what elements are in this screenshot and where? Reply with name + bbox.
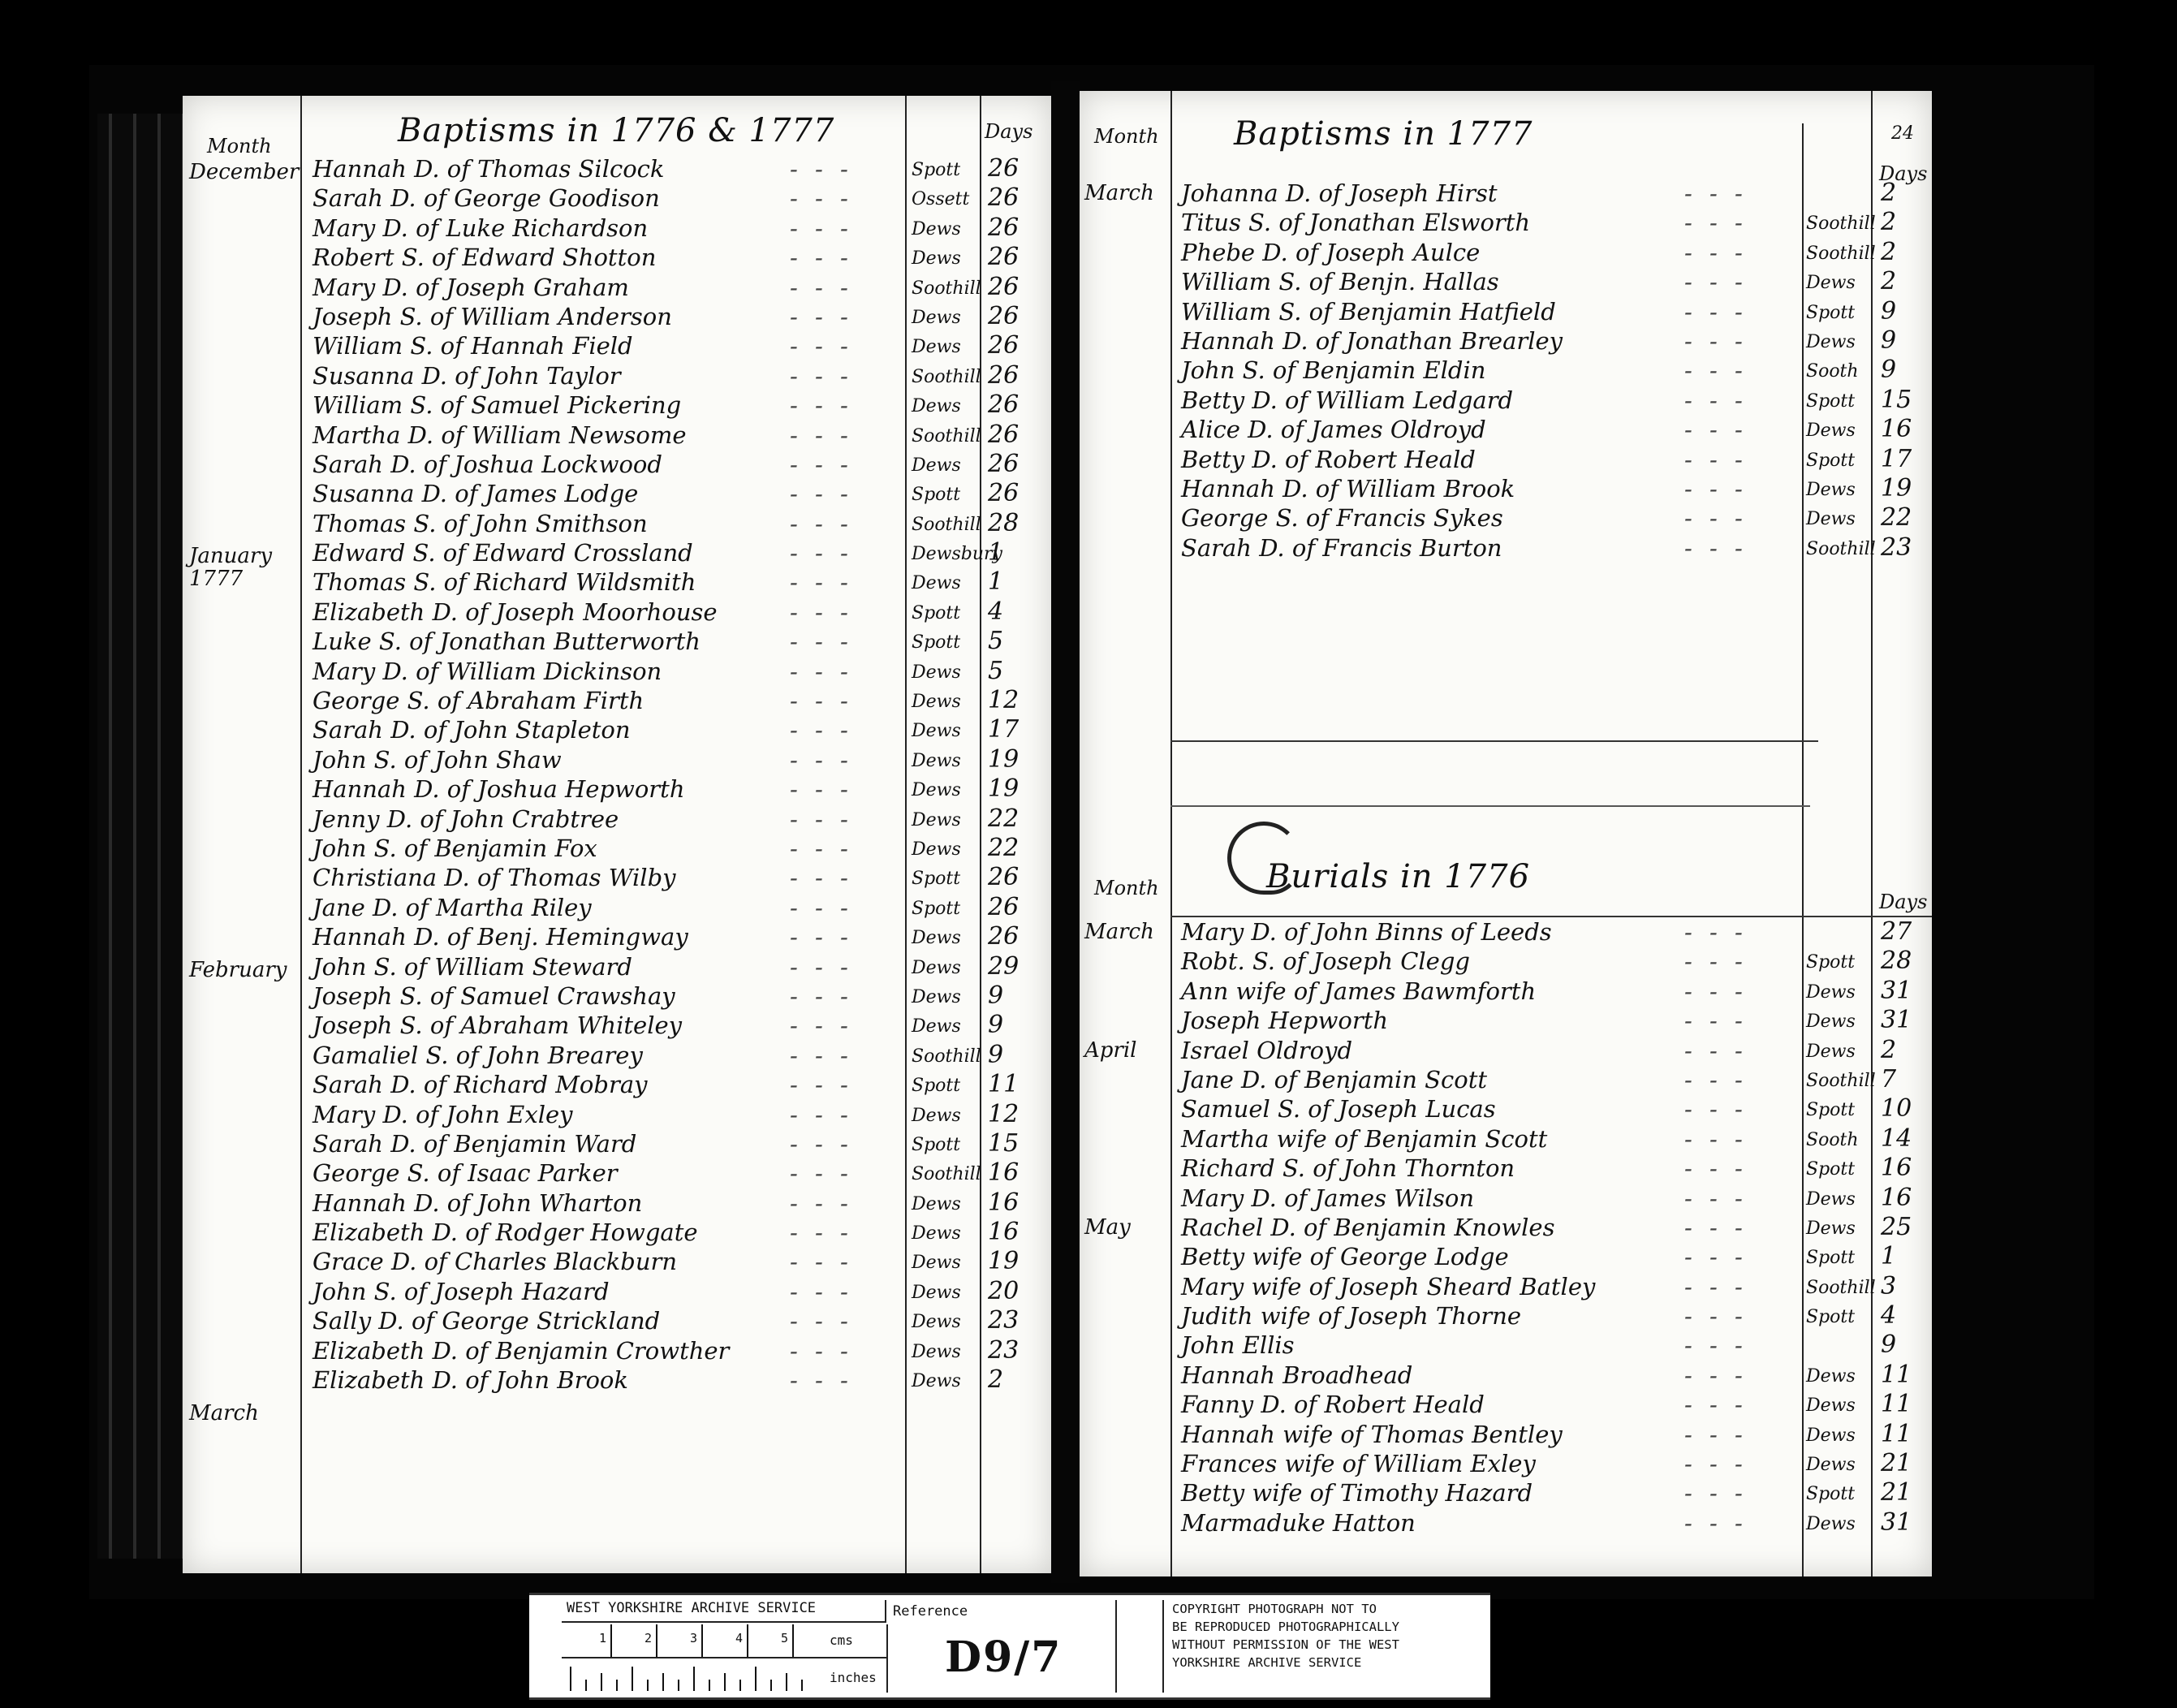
burials-title: Burials in 1776 [1266,858,1530,895]
copyright-notice: COPYRIGHT PHOTOGRAPH NOT TOBE REPRODUCED… [1162,1600,1487,1693]
ruler-cm-tick [747,1624,748,1657]
entry-day: 22 [988,804,1019,834]
entry-day: 19 [988,745,1019,774]
entry-day: 9 [1881,356,1896,385]
register-entry-row: Jane D. of Benjamin Scott- - -Soothill7 [1181,1065,1912,1094]
entry-name: Grace D. of Charles Blackburn [313,1247,677,1276]
register-entry-row: Sarah D. of Joshua Lockwood- - -Dews26 [313,450,1043,479]
ruler-inch-tick [755,1667,757,1691]
register-entry-row: Sarah D. of Richard Mobray- - -Spott11 [313,1070,1043,1099]
register-entry-row: Hannah D. of Joshua Hepworth- - -Dews19 [313,774,1043,804]
entry-leader-dashes: - - - [790,1070,853,1099]
entry-name: Alice D. of James Oldroyd [1181,415,1486,444]
register-entry-row: Betty wife of Timothy Hazard- - -Spott21 [1181,1478,1912,1507]
entry-day: 23 [988,1336,1019,1365]
entry-leader-dashes: - - - [790,243,853,272]
entry-leader-dashes: - - - [1684,474,1748,503]
entry-day: 11 [1881,1361,1912,1390]
entry-place: Dews [1806,978,1856,1007]
entry-leader-dashes: - - - [790,1306,853,1335]
register-entry-row: Susanna D. of James Lodge- - -Spott26 [313,479,1043,508]
entry-leader-dashes: - - - [790,1336,853,1365]
scale-ruler: cms 12345 inches [562,1624,888,1693]
month-label: January 1777 [189,545,287,590]
entry-day: 21 [1881,1478,1912,1507]
entry-day: 16 [1881,1154,1912,1183]
entry-name: Sarah D. of George Goodison [313,183,660,213]
entry-day: 26 [988,390,1019,420]
ruler-cm-unit: cms [830,1633,853,1648]
entry-place: Dews [1806,505,1856,534]
entry-name: Sarah D. of John Stapleton [313,715,631,744]
register-entry-row: Fanny D. of Robert Heald- - -Dews11 [1181,1390,1912,1419]
entry-leader-dashes: - - - [790,1100,853,1129]
entry-place: Dews [912,983,961,1012]
entry-day: 11 [1881,1390,1912,1419]
entry-leader-dashes: - - - [790,390,853,420]
entry-day: 10 [1881,1094,1912,1124]
entry-name: George S. of Isaac Parker [313,1158,618,1188]
copyright-line: YORKSHIRE ARCHIVE SERVICE [1172,1654,1487,1671]
ruler-cm-number: 3 [690,1631,697,1645]
entry-name: Fanny D. of Robert Heald [1181,1390,1485,1419]
entry-name: Sarah D. of Francis Burton [1181,533,1502,563]
entry-leader-dashes: - - - [1684,1006,1748,1035]
entry-name: George S. of Abraham Firth [313,686,644,715]
entry-place: Dews [912,924,961,953]
entry-place: Dews [912,1249,961,1278]
entry-day: 2 [1881,238,1896,267]
entry-place: Soothill [1806,1274,1876,1303]
entry-name: John S. of John Shaw [313,745,562,774]
days-column-header: Days [985,120,1032,143]
entry-day: 28 [988,509,1019,538]
month-label: December [189,161,287,183]
month-label: February [189,959,287,981]
entry-name: Hannah Broadhead [1181,1361,1412,1390]
entry-name: Gamaliel S. of John Brearey [313,1041,643,1070]
entry-name: Martha D. of William Newsome [313,421,687,450]
register-entry-row: Gamaliel S. of John Brearey- - -Soothill… [313,1041,1043,1070]
entry-name: Israel Oldroyd [1181,1036,1352,1065]
entry-day: 1 [1881,1242,1896,1271]
entry-name: Samuel S. of Joseph Lucas [1181,1094,1496,1124]
ruler-cm-number: 1 [599,1631,606,1645]
entry-place: Spott [1806,387,1855,416]
entry-name: John S. of William Steward [313,952,632,981]
entry-day: 2 [1881,179,1896,208]
entry-place: Dews [912,688,961,717]
entry-leader-dashes: - - - [790,361,853,390]
entry-leader-dashes: - - - [790,1218,853,1247]
ruler-inch-tick [647,1680,649,1691]
ruler-inch-tick [786,1673,787,1691]
entry-day: 21 [1881,1449,1912,1478]
entry-place: Soothill [1806,535,1876,564]
entry-leader-dashes: - - - [790,1011,853,1040]
entry-place: Dews [1806,1362,1856,1391]
entry-leader-dashes: - - - [790,183,853,213]
entry-day: 27 [1881,917,1912,947]
ruler-cm-number: 4 [735,1631,743,1645]
entry-place: Spott [1806,1244,1855,1273]
entry-day: 26 [988,213,1019,243]
archive-label-card: WEST YORKSHIRE ARCHIVE SERVICE cms 12345… [529,1593,1490,1700]
entry-name: Marmaduke Hatton [1181,1508,1416,1538]
baptisms-title: Baptisms in 1777 [1234,115,1533,153]
entry-place: Dews [912,954,961,983]
ruler-inch-unit: inches [830,1670,877,1685]
entry-place: Dews [912,1367,961,1396]
entry-leader-dashes: - - - [1684,1184,1748,1213]
entry-leader-dashes: - - - [1684,1154,1748,1183]
register-entry-row: Luke S. of Jonathan Butterworth- - -Spot… [313,627,1043,656]
ruler-inch-row: inches [562,1658,886,1691]
register-page-left: Month Baptisms in 1776 & 1777 Days Decem… [183,96,1051,1573]
register-entry-row: Martha wife of Benjamin Scott- - -Sooth1… [1181,1124,1912,1154]
entry-day: 9 [988,1011,1003,1040]
page-number: 24 [1891,123,1914,144]
entry-place: Dews [1806,1510,1856,1539]
entry-day: 2 [1881,1036,1896,1065]
entry-day: 16 [988,1188,1019,1218]
entry-place: Dews [912,717,961,746]
entry-place: Spott [912,156,960,185]
entry-day: 26 [988,421,1019,450]
entry-name: Joseph Hepworth [1181,1006,1388,1035]
entry-place: Soothill [1806,1067,1876,1096]
entry-leader-dashes: - - - [790,715,853,744]
register-entry-row: Hannah D. of John Wharton- - -Dews16 [313,1188,1043,1218]
entry-leader-dashes: - - - [790,834,853,863]
entry-leader-dashes: - - - [790,863,853,892]
entry-leader-dashes: - - - [790,509,853,538]
register-entry-row: Mary D. of William Dickinson- - -Dews5 [313,657,1043,686]
month-label: March [189,1402,287,1425]
entry-place: Spott [912,895,960,924]
entry-leader-dashes: - - - [1684,1242,1748,1271]
register-entry-row: John S. of Benjamin Fox- - -Dews22 [313,834,1043,863]
entry-place: Spott [912,628,960,658]
entry-name: Hannah wife of Thomas Bentley [1181,1420,1563,1449]
entry-day: 14 [1881,1124,1912,1154]
register-entry-row: Mary wife of Joseph Sheard Batley- - -So… [1181,1272,1912,1301]
entry-day: 5 [988,627,1003,656]
entry-place: Dews [1806,1391,1856,1421]
entry-name: John S. of Benjamin Eldin [1181,356,1485,385]
register-entry-row: Christiana D. of Thomas Wilby- - -Spott2… [313,863,1043,892]
ruler-cm-tick [701,1624,703,1657]
entry-name: Ann wife of James Bawmforth [1181,977,1536,1006]
register-entry-row: William S. of Hannah Field- - -Dews26 [313,331,1043,360]
register-entry-row: George S. of Isaac Parker- - -Soothill16 [313,1158,1043,1188]
register-entry-row: John S. of Joseph Hazard- - -Dews20 [313,1277,1043,1306]
entry-day: 28 [1881,947,1912,976]
entry-leader-dashes: - - - [1684,1124,1748,1154]
month-label: May [1084,1216,1182,1239]
register-entry-row: Betty D. of William Ledgard- - -Spott15 [1181,386,1912,415]
register-entry-row: Sarah D. of George Goodison- - -Ossett26 [313,183,1043,213]
entry-day: 19 [988,1247,1019,1276]
entry-day: 26 [988,331,1019,360]
entry-name: Hannah D. of Thomas Silcock [313,154,665,183]
entry-place: Soothill [912,363,981,392]
entry-leader-dashes: - - - [790,657,853,686]
register-entry-row: Betty wife of George Lodge- - -Spott1 [1181,1242,1912,1271]
entry-name: Betty D. of Robert Heald [1181,445,1476,474]
entry-name: Thomas S. of John Smithson [313,509,648,538]
entry-name: Mary D. of John Binns of Leeds [1181,917,1552,947]
entry-leader-dashes: - - - [790,302,853,331]
register-entry-row: Mary D. of James Wilson- - -Dews16 [1181,1184,1912,1213]
entry-name: Elizabeth D. of John Brook [313,1365,628,1395]
entry-day: 26 [988,273,1019,302]
entry-name: Sarah D. of Richard Mobray [313,1070,648,1099]
entry-day: 26 [988,243,1019,272]
register-entry-row: Elizabeth D. of Joseph Moorhouse- - -Spo… [313,597,1043,627]
entry-place: Dews [1806,1037,1856,1067]
entry-name: William S. of Benjn. Hallas [1181,267,1499,296]
entry-name: Christiana D. of Thomas Wilby [313,863,676,892]
entry-place: Dews [1806,328,1856,357]
register-entry-row: Betty D. of Robert Heald- - -Spott17 [1181,445,1912,474]
month-column-rule [300,96,302,1573]
entry-day: 4 [988,597,1003,627]
entry-day: 20 [988,1277,1019,1306]
entry-leader-dashes: - - - [1684,297,1748,326]
entry-leader-dashes: - - - [790,273,853,302]
entry-name: Elizabeth D. of Rodger Howgate [313,1218,698,1247]
entry-name: Thomas S. of Richard Wildsmith [313,567,696,597]
entry-name: Hannah D. of Benj. Hemingway [313,922,688,951]
register-entry-row: Thomas S. of Richard Wildsmith- - -Dews1 [313,567,1043,597]
register-entry-row: Joseph S. of Samuel Crawshay- - -Dews9 [313,981,1043,1011]
entry-day: 26 [988,479,1019,508]
entry-name: Joseph S. of William Anderson [313,302,672,331]
entry-leader-dashes: - - - [1684,1272,1748,1301]
entry-leader-dashes: - - - [1684,1301,1748,1331]
entry-day: 12 [988,686,1019,715]
entry-place: Spott [912,599,960,628]
entry-leader-dashes: - - - [790,479,853,508]
entry-day: 4 [1881,1301,1896,1331]
register-entry-row: Sarah D. of Benjamin Ward- - -Spott15 [313,1129,1043,1158]
entry-day: 26 [988,863,1019,892]
entry-name: Johanna D. of Joseph Hirst [1181,179,1498,208]
entry-leader-dashes: - - - [790,567,853,597]
entry-place: Spott [1806,1155,1855,1184]
entry-name: Elizabeth D. of Joseph Moorhouse [313,597,718,627]
entry-place: Soothill [912,1042,981,1072]
entry-name: John S. of Joseph Hazard [313,1277,610,1306]
ruler-cm-number: 5 [781,1631,788,1645]
register-entry-row: Richard S. of John Thornton- - -Spott16 [1181,1154,1912,1183]
entry-leader-dashes: - - - [790,1188,853,1218]
register-entry-row: Thomas S. of John Smithson- - -Soothill2… [313,509,1043,538]
register-entry-row: Sarah D. of John Stapleton- - -Dews17 [313,715,1043,744]
entry-name: Phebe D. of Joseph Aulce [1181,238,1480,267]
entry-name: Hannah D. of John Wharton [313,1188,642,1218]
ruler-inch-tick [739,1680,741,1691]
entry-leader-dashes: - - - [1684,356,1748,385]
entry-place: Dews [912,1338,961,1367]
month-label: March [1084,921,1182,943]
register-entry-row: Hannah D. of Thomas Silcock- - -Spott26 [313,154,1043,183]
reference-box: Reference D9/7 [888,1600,1117,1693]
entry-place: Spott [1806,446,1855,476]
entry-place: Dews [912,1279,961,1308]
entry-name: Mary D. of Joseph Graham [313,273,629,302]
register-entry-row: Hannah D. of Jonathan Brearley- - -Dews9 [1181,326,1912,356]
entry-place: Dews [912,747,961,776]
entry-leader-dashes: - - - [790,213,853,243]
entry-name: Rachel D. of Benjamin Knowles [1181,1213,1554,1242]
entry-name: Robt. S. of Joseph Clegg [1181,947,1470,976]
entry-day: 3 [1881,1272,1896,1301]
entry-name: George S. of Francis Sykes [1181,503,1503,533]
entry-day: 16 [988,1218,1019,1247]
entry-leader-dashes: - - - [790,1247,853,1276]
register-entry-row: Sarah D. of Francis Burton- - -Soothill2… [1181,533,1912,563]
ruler-inch-tick [693,1667,695,1691]
register-entry-row: George S. of Abraham Firth- - -Dews12 [313,686,1043,715]
entry-leader-dashes: - - - [1684,533,1748,563]
entry-place: Spott [912,1072,960,1101]
register-page-right: 24 Month Baptisms in 1777 Days March Joh… [1080,91,1932,1576]
entry-name: Joseph S. of Samuel Crawshay [313,981,675,1011]
register-entry-row: John S. of Benjamin Eldin- - -Sooth9 [1181,356,1912,385]
entry-leader-dashes: - - - [1684,238,1748,267]
entry-name: William S. of Samuel Pickering [313,390,681,420]
register-entry-row: Hannah D. of William Brook- - -Dews19 [1181,474,1912,503]
entry-day: 31 [1881,977,1912,1006]
entry-leader-dashes: - - - [790,686,853,715]
entry-name: John Ellis [1181,1331,1295,1360]
entry-name: Elizabeth D. of Benjamin Crowther [313,1336,729,1365]
entry-leader-dashes: - - - [790,893,853,922]
register-entry-row: Titus S. of Jonathan Elsworth- - -Soothi… [1181,208,1912,237]
register-entry-row: Elizabeth D. of Rodger Howgate- - -Dews1… [313,1218,1043,1247]
register-entry-row: Johanna D. of Joseph Hirst- - -2 [1181,179,1912,208]
entry-leader-dashes: - - - [1684,208,1748,237]
entry-day: 16 [988,1158,1019,1188]
register-entry-row: Jenny D. of John Crabtree- - -Dews22 [313,804,1043,834]
entry-place: Dews [912,244,961,274]
entry-place: Dews [912,658,961,688]
register-entry-row: Mary D. of John Exley- - -Dews12 [313,1100,1043,1129]
entry-day: 9 [988,1041,1003,1070]
entry-leader-dashes: - - - [1684,1361,1748,1390]
ruler-cm-tick [792,1624,794,1657]
entry-day: 22 [1881,503,1912,533]
entry-leader-dashes: - - - [790,774,853,804]
entry-place: Dews [1806,1185,1856,1214]
entry-name: Betty D. of William Ledgard [1181,386,1513,415]
entry-leader-dashes: - - - [790,331,853,360]
ruler-cm-row: cms 12345 [562,1624,886,1658]
ruler-inch-tick [678,1680,679,1691]
entry-name: Mary D. of Luke Richardson [313,213,648,243]
entry-place: Spott [912,865,960,894]
entry-day: 17 [988,715,1019,744]
section-divider-2 [1170,805,1810,807]
register-entry-row: William S. of Benjamin Hatfield- - -Spot… [1181,297,1912,326]
register-entry-row: Elizabeth D. of John Brook- - -Dews2 [313,1365,1043,1395]
register-entry-row: Martha D. of William Newsome- - -Soothil… [313,421,1043,450]
entry-name: Mary D. of James Wilson [1181,1184,1474,1213]
entry-leader-dashes: - - - [1684,1508,1748,1538]
entry-day: 23 [1881,533,1912,563]
ruler-inch-tick [662,1673,664,1691]
entry-place: Dews [1806,269,1856,298]
register-entry-row: Phebe D. of Joseph Aulce- - -Soothill2 [1181,238,1912,267]
entry-day: 31 [1881,1508,1912,1538]
entry-leader-dashes: - - - [1684,1213,1748,1242]
ruler-inch-tick [585,1680,587,1691]
baptism-entries-list: Johanna D. of Joseph Hirst- - -2Titus S.… [1181,179,1912,563]
entry-day: 29 [988,952,1019,981]
entry-leader-dashes: - - - [1684,1036,1748,1065]
ruler-inch-tick [801,1680,803,1691]
entry-name: Joseph S. of Abraham Whiteley [313,1011,682,1040]
entry-day: 2 [1881,267,1896,296]
entry-place: Dews [1806,1421,1856,1451]
entry-place: Dews [912,1190,961,1219]
entry-day: 26 [988,183,1019,213]
entry-place: Spott [1806,1096,1855,1125]
entry-leader-dashes: - - - [790,922,853,951]
entry-name: Robert S. of Edward Shotton [313,243,656,272]
entry-place: Spott [1806,1480,1855,1509]
month-label: March [1084,182,1182,205]
register-entry-row: Robert S. of Edward Shotton- - -Dews26 [313,243,1043,272]
entry-leader-dashes: - - - [1684,445,1748,474]
entry-day: 26 [988,302,1019,331]
register-entry-row: Edward S. of Edward Crossland- - -Dewsbu… [313,538,1043,567]
register-entry-row: John Ellis- - -9 [1181,1331,1912,1360]
entry-leader-dashes: - - - [790,745,853,774]
entry-leader-dashes: - - - [790,1158,853,1188]
entry-day: 26 [988,154,1019,183]
entry-leader-dashes: - - - [1684,326,1748,356]
entry-name: Mary D. of William Dickinson [313,657,662,686]
entry-place: Dews [1806,416,1856,446]
month-label: April [1084,1039,1182,1062]
register-entry-row: Judith wife of Joseph Thorne- - -Spott4 [1181,1301,1912,1331]
entry-name: Titus S. of Jonathan Elsworth [1181,208,1530,237]
register-entry-row: Israel Oldroyd- - -Dews2 [1181,1036,1912,1065]
month-column-rule [1170,91,1172,1576]
register-entry-row: William S. of Samuel Pickering- - -Dews2… [313,390,1043,420]
register-entry-row: Alice D. of James Oldroyd- - -Dews16 [1181,415,1912,444]
entry-day: 17 [1881,445,1912,474]
entry-leader-dashes: - - - [790,1365,853,1395]
entry-name: Hannah D. of William Brook [1181,474,1515,503]
entry-leader-dashes: - - - [1684,917,1748,947]
entry-place: Dews [912,304,961,333]
entry-leader-dashes: - - - [790,154,853,183]
entry-place: Dews [912,451,961,481]
entry-leader-dashes: - - - [1684,386,1748,415]
entry-leader-dashes: - - - [790,627,853,656]
entry-day: 26 [988,893,1019,922]
entry-leader-dashes: - - - [1684,415,1748,444]
month-column-header: Month [1094,125,1159,148]
register-entry-row: Ann wife of James Bawmforth- - -Dews31 [1181,977,1912,1006]
copyright-line: BE REPRODUCED PHOTOGRAPHICALLY [1172,1618,1487,1636]
entry-place: Spott [912,481,960,510]
register-entry-row: Rachel D. of Benjamin Knowles- - -Dews25 [1181,1213,1912,1242]
